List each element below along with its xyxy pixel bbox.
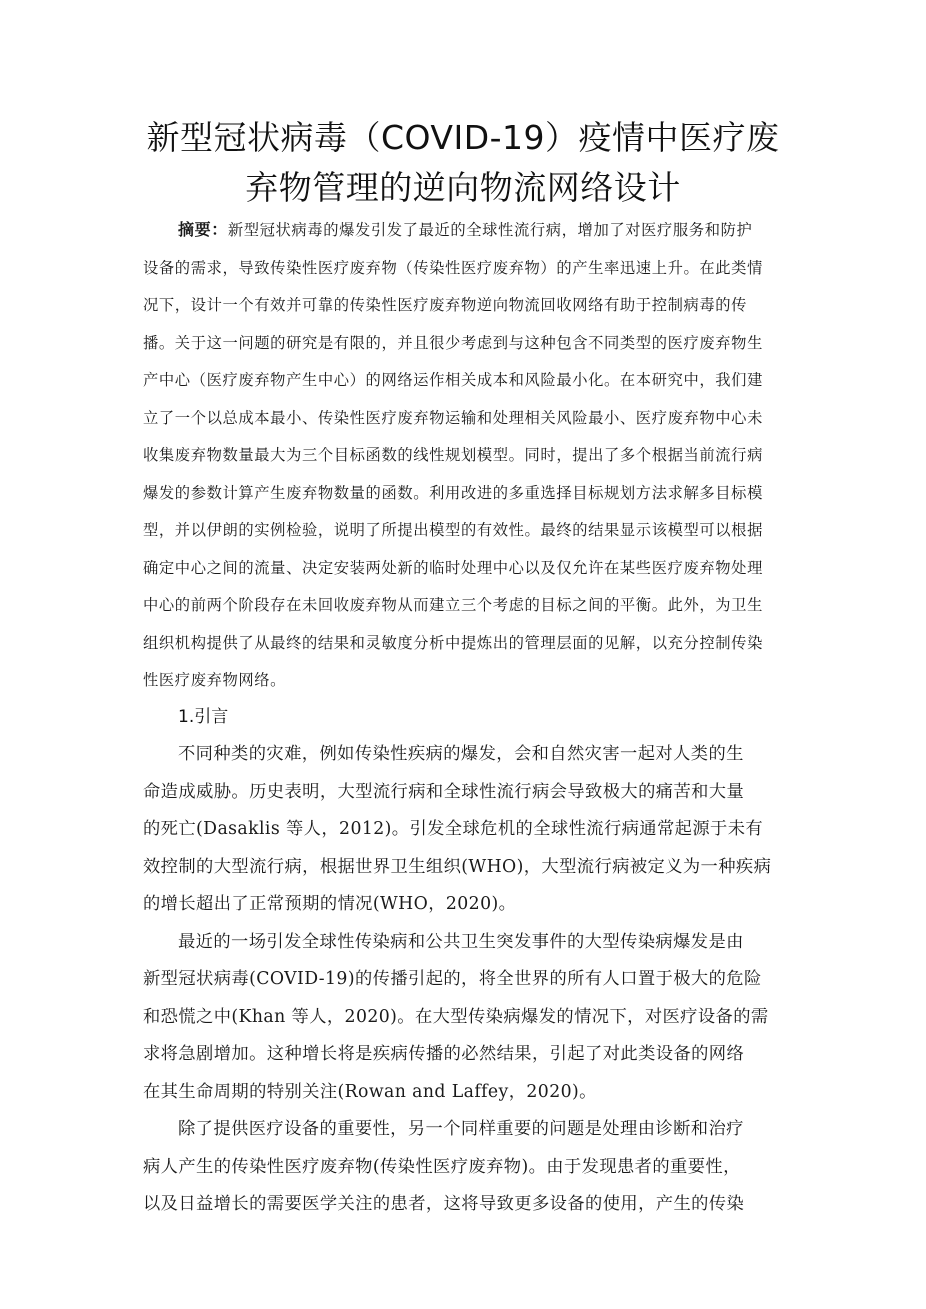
paragraph-line: 新型冠状病毒(COVID-19)的传播引起的，将全世界的所有人口置于极大的危险 — [143, 968, 783, 990]
paragraph-line: 效控制的大型流行病，根据世界卫生组织(WHO)，大型流行病被定义为一种疾病 — [143, 856, 783, 878]
paragraph-line: 在其生命周期的特别关注(Rowan and Laffey，2020)。 — [143, 1081, 783, 1103]
abstract-line: 确定中心之间的流量、决定安装两处新的临时处理中心以及仅允许在某些医疗废弃物处理 — [143, 557, 783, 579]
document-title-line-1: 新型冠状病毒（COVID-19）疫情中医疗废 — [100, 113, 826, 163]
paragraph-line: 以及日益增长的需要医学关注的患者，这将导致更多设备的使用，产生的传染 — [143, 1193, 783, 1215]
abstract-line: 爆发的参数计算产生废弃物数量的函数。利用改进的多重选择目标规划方法求解多目标模 — [143, 482, 783, 504]
abstract-line: 中心的前两个阶段存在未回收废弃物从而建立三个考虑的目标之间的平衡。此外，为卫生 — [143, 594, 783, 616]
abstract-line: 立了一个以总成本最小、传染性医疗废弃物运输和处理相关风险最小、医疗废弃物中心未 — [143, 407, 783, 429]
abstract-line: 播。关于这一问题的研究是有限的，并且很少考虑到与这种包含不同类型的医疗废弃物生 — [143, 332, 783, 354]
abstract-line: 设备的需求，导致传染性医疗废弃物（传染性医疗废弃物）的产生率迅速上升。在此类情 — [143, 257, 783, 279]
abstract-line: 组织机构提供了从最终的结果和灵敏度分析中提炼出的管理层面的见解，以充分控制传染 — [143, 632, 783, 654]
paragraph-line: 最近的一场引发全球性传染病和公共卫生突发事件的大型传染病爆发是由 — [178, 931, 818, 953]
paragraph-line: 的死亡(Dasaklis 等人，2012)。引发全球危机的全球性流行病通常起源于… — [143, 818, 783, 840]
paragraph-line: 病人产生的传染性医疗废弃物(传染性医疗废弃物)。由于发现患者的重要性， — [143, 1156, 783, 1178]
document-page: 新型冠状病毒（COVID-19）疫情中医疗废 弃物管理的逆向物流网络设计 摘要：… — [0, 0, 926, 1309]
abstract-line: 摘要：新型冠状病毒的爆发引发了最近的全球性流行病，增加了对医疗服务和防护 — [178, 219, 818, 241]
paragraph-line: 命造成威胁。历史表明，大型流行病和全球性流行病会导致极大的痛苦和大量 — [143, 781, 783, 803]
abstract-line: 收集废弃物数量最大为三个目标函数的线性规划模型。同时，提出了多个根据当前流行病 — [143, 444, 783, 466]
paragraph-line: 不同种类的灾难，例如传染性疾病的爆发，会和自然灾害一起对人类的生 — [178, 743, 818, 765]
abstract-line: 型，并以伊朗的实例检验，说明了所提出模型的有效性。最终的结果显示该模型可以根据 — [143, 519, 783, 541]
section-heading: 1.引言 — [178, 706, 228, 728]
document-title-line-2: 弃物管理的逆向物流网络设计 — [100, 163, 826, 213]
paragraph-line: 除了提供医疗设备的重要性，另一个同样重要的问题是处理由诊断和治疗 — [178, 1118, 818, 1140]
abstract-line: 性医疗废弃物网络。 — [143, 669, 783, 691]
paragraph-line: 的增长超出了正常预期的情况(WHO，2020)。 — [143, 893, 783, 915]
paragraph-line: 求将急剧增加。这种增长将是疾病传播的必然结果，引起了对此类设备的网络 — [143, 1043, 783, 1065]
paragraph-line: 和恐慌之中(Khan 等人，2020)。在大型传染病爆发的情况下，对医疗设备的需 — [143, 1006, 783, 1028]
abstract-line: 况下，设计一个有效并可靠的传染性医疗废弃物逆向物流回收网络有助于控制病毒的传 — [143, 294, 783, 316]
abstract-line: 产中心（医疗废弃物产生中心）的网络运作相关成本和风险最小化。在本研究中，我们建 — [143, 369, 783, 391]
abstract-label: 摘要： — [178, 220, 228, 239]
